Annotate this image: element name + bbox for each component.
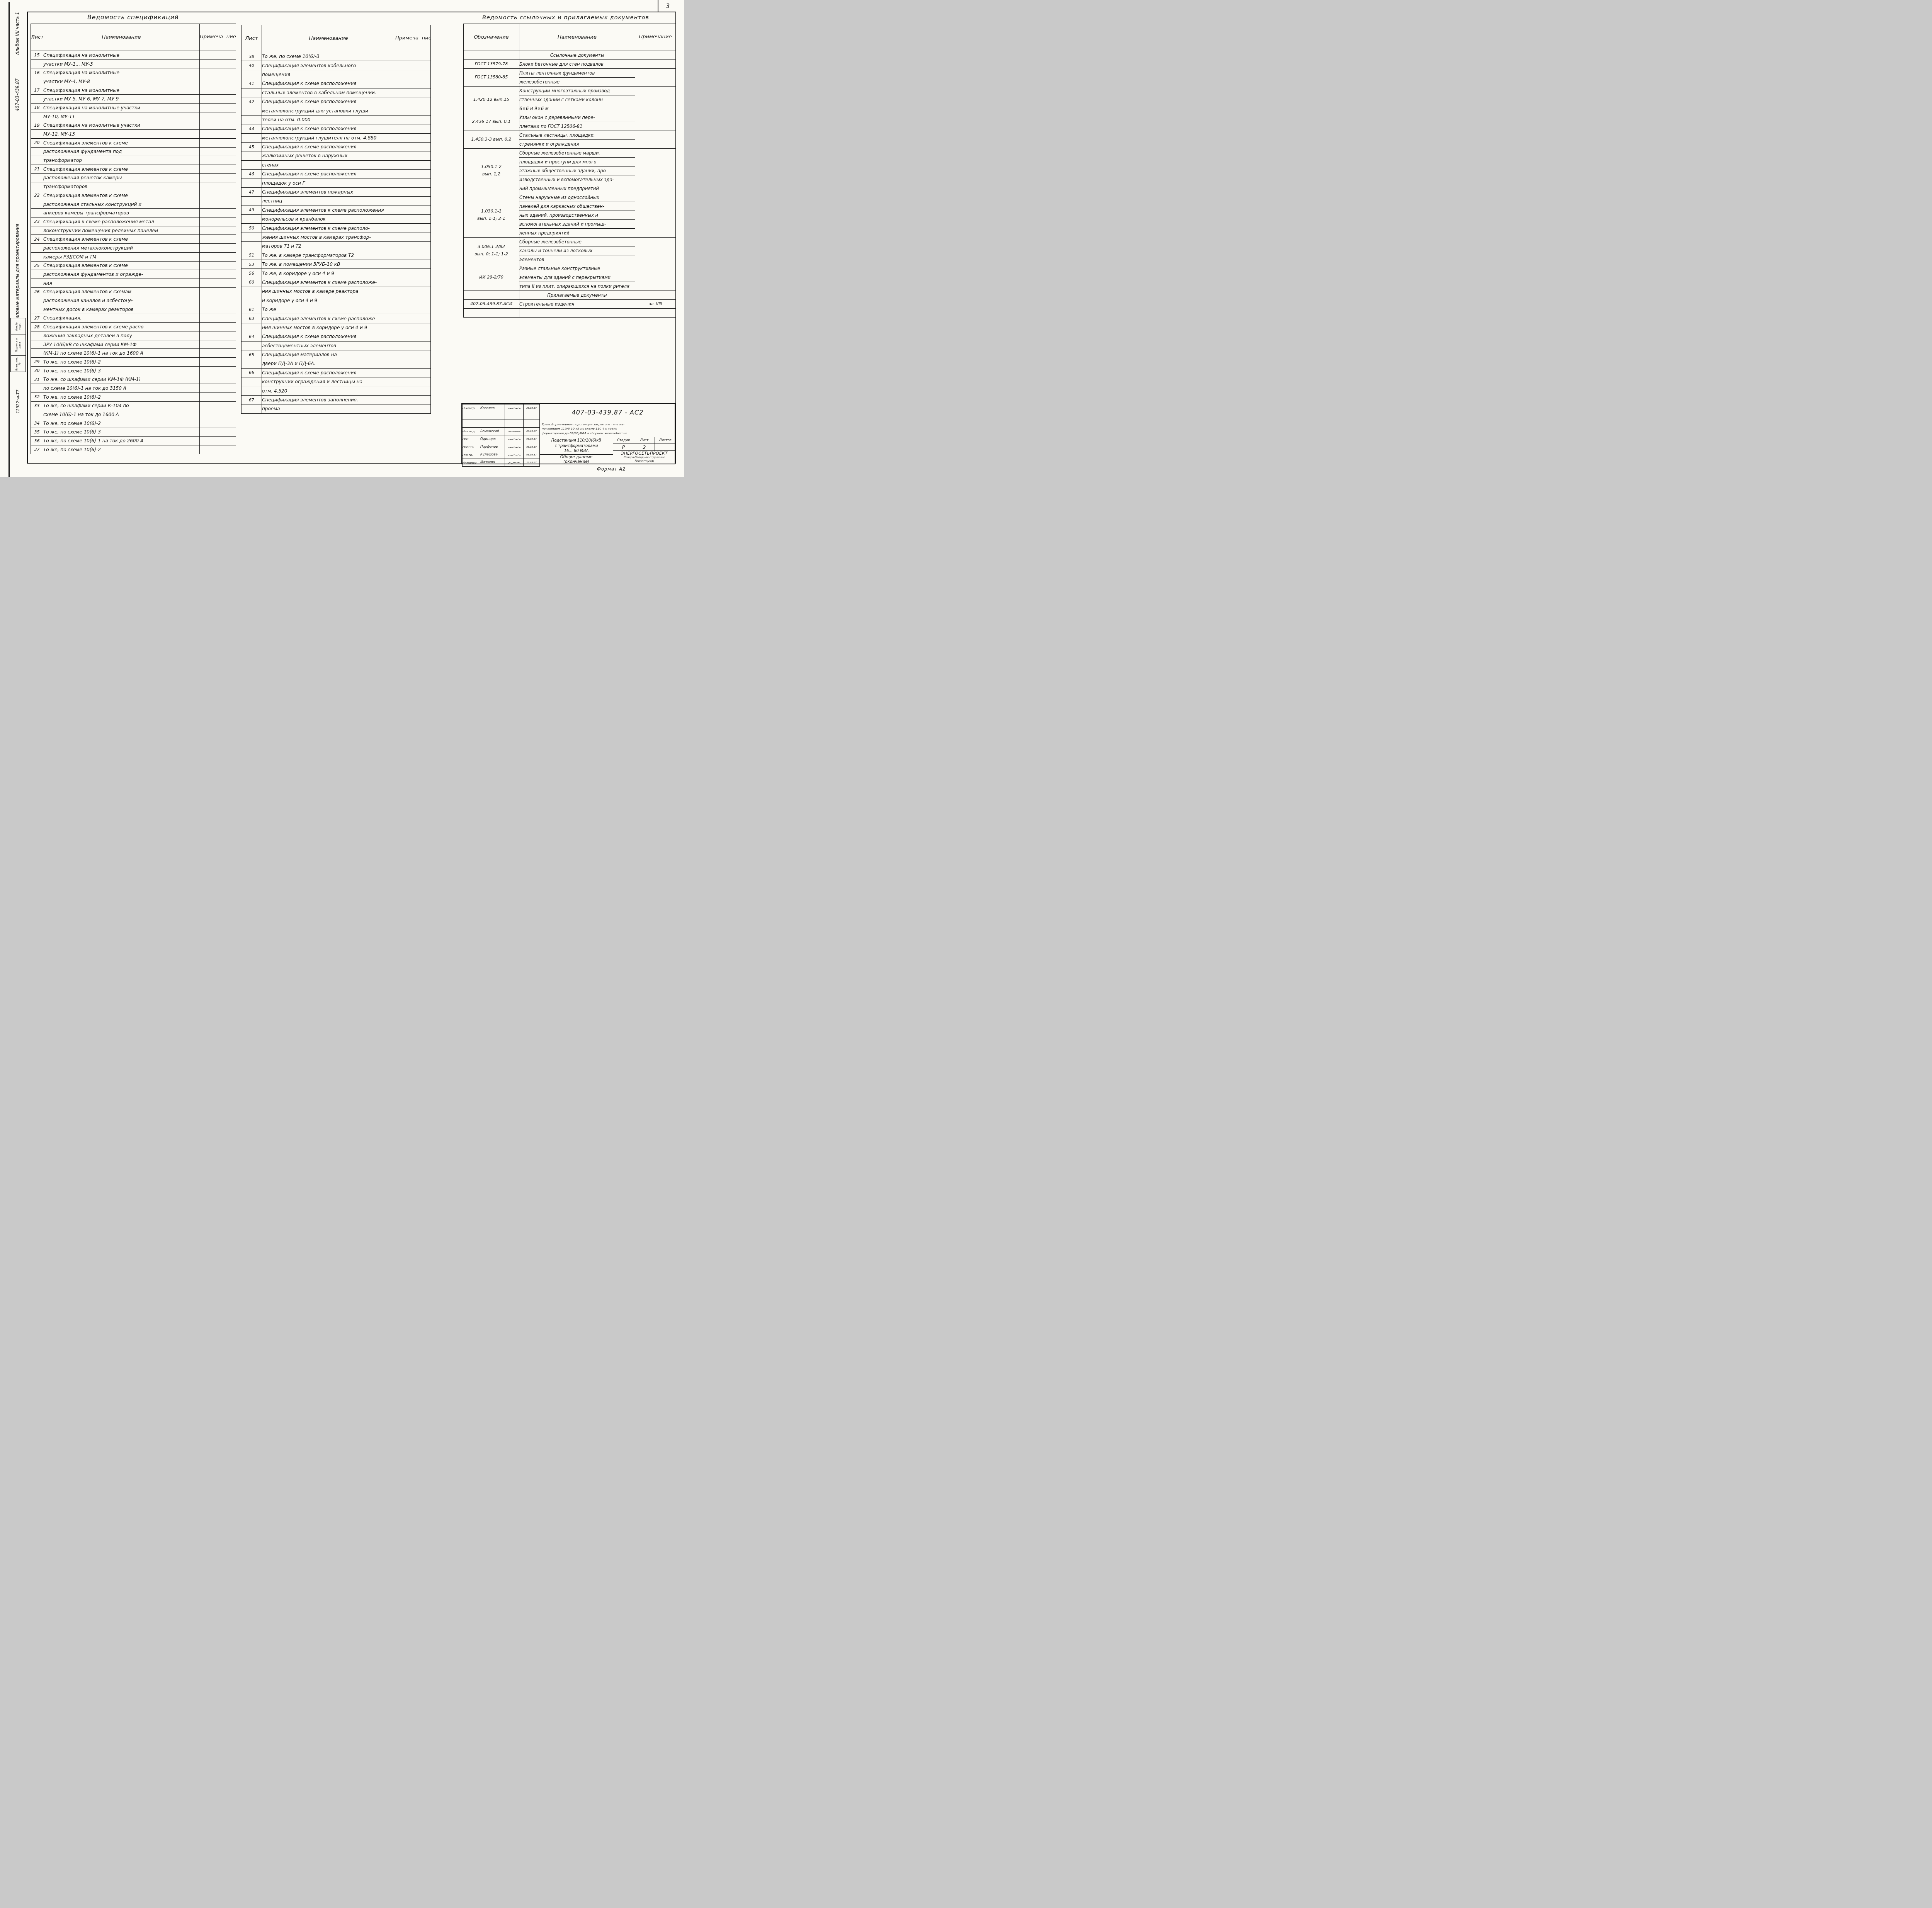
sheet-number: 22 xyxy=(31,191,43,200)
page-number-box: 3 xyxy=(658,0,677,12)
spec-row: 50Спецификация элементов к схеме располо… xyxy=(241,224,431,233)
spec-row: жалюзийных решеток в наружных xyxy=(241,151,431,160)
ref-row: ИИ 29-2/70Разные стальные конструктивные xyxy=(464,264,676,273)
spec-row: металлоконструкций для установки глуши- xyxy=(241,106,431,115)
spec-row: 19Спецификация на монолитные участки xyxy=(31,121,236,130)
spec-note xyxy=(395,350,431,359)
margin-series-label: Типовые материалы для проектирования xyxy=(15,224,20,321)
sheet-number xyxy=(241,242,262,251)
sheet-number xyxy=(31,384,43,393)
spec-name-line: Спецификация элементов кабельного xyxy=(262,61,395,70)
spec-name-line: монорельсов и кранбалок xyxy=(262,215,395,224)
sheet-number xyxy=(31,252,43,261)
spec-name-line: То же, в коридоре у оси 4 и 9 xyxy=(262,269,395,278)
sheet-number: 40 xyxy=(241,61,262,70)
sheet-number xyxy=(31,147,43,156)
ref-name-line: Разные стальные конструктивные xyxy=(519,264,635,273)
spec-note xyxy=(395,133,431,142)
ref-name-line: ний промышленных предприятий xyxy=(519,184,635,193)
spec-name-line: Спецификация элементов к схеме расположе xyxy=(262,314,395,323)
spec-name-line: по схеме 10(6)-1 на ток до 3150 А xyxy=(43,384,200,393)
spec-name-line: То же xyxy=(262,305,395,314)
ref-name-line: вспомогательных зданий и промыш- xyxy=(519,220,635,229)
spec-note xyxy=(395,215,431,224)
name-column-header: Наименование xyxy=(43,24,200,51)
spec-name-line: Спецификация к схеме расположения метал- xyxy=(43,217,200,226)
spec-row: расположения решеток камеры xyxy=(31,173,236,182)
spec-name-line: трансформатор xyxy=(43,156,200,165)
sheet-number xyxy=(31,410,43,419)
signature-name: Мазаева xyxy=(480,459,505,466)
sheet-number xyxy=(31,296,43,305)
signature-date xyxy=(524,412,540,420)
sheet-number: 16 xyxy=(31,68,43,77)
signature-cell xyxy=(505,443,524,451)
spec-row: 21Спецификация элементов к схеме xyxy=(31,165,236,173)
spec-name-line: Спецификация к схеме расположения xyxy=(262,170,395,178)
spec-name-line: расположения решеток камеры xyxy=(43,173,200,182)
spec-note xyxy=(200,121,236,130)
spec-name-line: расположения каналов и асбестоце- xyxy=(43,296,200,305)
spec-name-line: анкеров камеры трансформаторов xyxy=(43,209,200,217)
spec-row: асбестоцементных элементов xyxy=(241,341,431,350)
spec-name-line: То же, по схеме 10(6)-3 xyxy=(43,366,200,375)
ref-name-line: Стальные лестницы, площадки, xyxy=(519,131,635,140)
sheet-number: 46 xyxy=(241,170,262,178)
signature-scribble-icon xyxy=(508,406,521,410)
spec-row: анкеров камеры трансформаторов xyxy=(31,209,236,217)
ref-designation-line: 2.436-17 вып. 0,1 xyxy=(464,118,519,126)
spec-note xyxy=(395,97,431,106)
signature-name: Роменский xyxy=(480,428,505,435)
ref-name-line xyxy=(519,309,635,318)
spec-name-line: Спецификация к схеме расположения xyxy=(262,124,395,133)
sheet-number xyxy=(31,95,43,104)
spec-note xyxy=(200,226,236,235)
spec-name-line: ния xyxy=(43,279,200,287)
spec-name-line: Спецификация на монолитные участки xyxy=(43,104,200,112)
ref-name-line: площадки и проступи для много- xyxy=(519,158,635,167)
spec-note xyxy=(395,187,431,196)
spec-row: участки МУ-1... МУ-3 xyxy=(31,59,236,68)
ref-note: ал. VIII xyxy=(635,300,676,309)
margin-stamp-field: Инв.№ подл. xyxy=(11,318,26,335)
spec-row: 23Спецификация к схеме расположения мета… xyxy=(31,217,236,226)
ref-designation: 1.450,3-3 вып. 0,2 xyxy=(464,131,519,149)
spec-note xyxy=(395,178,431,187)
spec-note xyxy=(200,51,236,60)
sheet-number xyxy=(31,173,43,182)
ref-name-line: ных зданий, производственных и xyxy=(519,211,635,220)
title-block-signature-table: Н.контр.Ковалев26.03.87Нач.отдРоменский0… xyxy=(462,404,540,467)
spec-note xyxy=(200,147,236,156)
spec-row: 24Спецификация элементов к схеме xyxy=(31,235,236,244)
title-block-object: Подстанция 110/10(6)кВ с трансформаторам… xyxy=(539,437,613,455)
spec-row: жения шинных мостов в камерах трансфор- xyxy=(241,233,431,241)
spec-note xyxy=(395,142,431,151)
sheet-number: 44 xyxy=(241,124,262,133)
ref-name-line: элементы для зданий с перекрытиями xyxy=(519,273,635,282)
spec-note xyxy=(395,52,431,61)
spec-name-line: (КМ-1) по схеме 10(6)-1 на ток до 1600 А xyxy=(43,349,200,358)
spec-note xyxy=(200,59,236,68)
ref-designation-line: ГОСТ 13580-85 xyxy=(464,74,519,81)
spec-name-line: Спецификация элементов заполнения. xyxy=(262,395,395,404)
spec-name-line: То же, по схеме 10(6)-3 xyxy=(43,428,200,437)
spec-note xyxy=(200,165,236,173)
spec-row: 56То же, в коридоре у оси 4 и 9 xyxy=(241,269,431,278)
sheet-number: 19 xyxy=(31,121,43,130)
spec-row: 27Спецификация. xyxy=(31,314,236,323)
signature-name: Парфенов xyxy=(480,443,505,451)
spec-note xyxy=(395,124,431,133)
ref-row: 407-03-439.87-АСИСтроительные изделияал.… xyxy=(464,300,676,309)
ref-designation xyxy=(464,309,519,318)
spec-name-line: Спецификация элементов к схеме xyxy=(43,191,200,200)
page-number: 3 xyxy=(666,2,670,10)
spec-row: 26Спецификация элементов к схемам xyxy=(31,287,236,296)
spec-note xyxy=(395,260,431,268)
ref-designation: ГОСТ 13579-78 xyxy=(464,60,519,69)
spec-name-line: Спецификация к схеме расположения xyxy=(262,142,395,151)
spec-row: 18Спецификация на монолитные участки xyxy=(31,104,236,112)
ref-designation xyxy=(464,291,519,300)
spec-row: ния шинных мостов в коридоре у оси 4 и 9 xyxy=(241,323,431,332)
sheet-number xyxy=(31,59,43,68)
spec-name-line: Спецификация элементов к схеме располо- xyxy=(262,224,395,233)
description-line: Трансформаторная подстанция закрытого ти… xyxy=(542,422,673,426)
signature-scribble-icon xyxy=(508,461,521,465)
spec-note xyxy=(200,331,236,340)
spec-name-line: Спецификация к схеме расположения xyxy=(262,332,395,341)
ref-name-line: 6×6 и 9×6 м xyxy=(519,104,635,113)
spec-row: локонструкций помещения релейных панелей xyxy=(31,226,236,235)
drawing-sheet: 3 Альбом VII часть 1 407-03-439,87 Типов… xyxy=(0,0,684,477)
sheet-number: 45 xyxy=(241,142,262,151)
signature-date: 06.03.87 xyxy=(524,451,540,459)
spec-name-line: То же, со шкафами серии КМ-1Ф (КМ-1) xyxy=(43,375,200,384)
sheet-number: 15 xyxy=(31,51,43,60)
spec-name-line: Спецификация материалов на xyxy=(262,350,395,359)
spec-name-line: трансформаторов xyxy=(43,182,200,191)
spec-row: (КМ-1) по схеме 10(6)-1 на ток до 1600 А xyxy=(31,349,236,358)
spec-header-row: ЛистНаименованиеПримеча- ние xyxy=(241,25,431,52)
margin-album-label: Альбом VII часть 1 xyxy=(15,12,20,55)
sheet-number xyxy=(241,323,262,332)
ref-row: Ссылочные документы xyxy=(464,51,676,60)
spec-row: телей на отм. 0.000 xyxy=(241,115,431,124)
spec-note xyxy=(200,209,236,217)
spec-note xyxy=(395,106,431,115)
signature-cell xyxy=(505,451,524,459)
sheet-number xyxy=(31,156,43,165)
organization-name: ЭНЕРГОСЕТЬПРОЕКТ xyxy=(613,451,675,456)
ref-note xyxy=(635,60,676,69)
ref-row: 1.420-12 вып.15Конструкции многоэтажных … xyxy=(464,87,676,95)
signature-date: 26.03.87 xyxy=(524,404,540,412)
sheet-number xyxy=(31,209,43,217)
spec-name-line: Спецификация элементов к схеме xyxy=(43,138,200,147)
sheet-number: 24 xyxy=(31,235,43,244)
spec-name-line: Спецификация на монолитные участки xyxy=(43,121,200,130)
spec-row: 45Спецификация к схеме расположения xyxy=(241,142,431,151)
signature-scribble-icon xyxy=(508,453,521,457)
spec-note xyxy=(395,151,431,160)
sheet-column-header: Лист xyxy=(31,24,43,51)
margin-stamp: Взам. инв.№ Подпись и дата Инв.№ подл. xyxy=(10,318,26,372)
sheet-number xyxy=(241,404,262,413)
signature-row: Рук.гр.Кулешова06.03.87 xyxy=(463,451,540,459)
spec-row: стенах xyxy=(241,160,431,169)
ref-designation: 1.030.1-1вып. 1-1; 2-1 xyxy=(464,193,519,238)
spec-name-line: отм. 4.520 xyxy=(262,386,395,395)
signature-scribble-icon xyxy=(508,437,521,441)
spec-name-line: То же, по схеме 10(6)-2 xyxy=(43,419,200,428)
ref-note xyxy=(635,149,676,193)
spec-name-line: ния шинных мостов в камере реактора xyxy=(262,287,395,296)
ref-name-line: каналы и тоннели из лотковых xyxy=(519,246,635,255)
ref-designation: ИИ 29-2/70 xyxy=(464,264,519,291)
spec-row: металлоконструкций глушителя на отм. 4.8… xyxy=(241,133,431,142)
spec-note xyxy=(200,200,236,209)
spec-note xyxy=(200,68,236,77)
stage-value: Р xyxy=(613,443,634,451)
spec-note xyxy=(395,79,431,88)
spec-row: 67Спецификация элементов заполнения. xyxy=(241,395,431,404)
spec-row: площадок у оси Г xyxy=(241,178,431,187)
spec-note xyxy=(200,191,236,200)
spec-name-line: помещения xyxy=(262,70,395,79)
ref-name-line: плетами по ГОСТ 12506-81 xyxy=(519,122,635,131)
spec-row: МУ-10, МУ-11 xyxy=(31,112,236,121)
sheet-number: 42 xyxy=(241,97,262,106)
spec-note xyxy=(200,419,236,428)
ref-name-line: элементов xyxy=(519,255,635,264)
sheet-number xyxy=(241,386,262,395)
spec-note xyxy=(200,244,236,253)
sheet-number xyxy=(241,377,262,386)
ref-designation: ГОСТ 13580-85 xyxy=(464,69,519,87)
signature-role: ГИП xyxy=(463,435,480,443)
spec-row: 42Спецификация к схеме расположения xyxy=(241,97,431,106)
title-block-doc-number: 407-03-439,87 - АС2 xyxy=(539,404,675,421)
spec-note xyxy=(200,95,236,104)
spec-note xyxy=(395,269,431,278)
spec-row: 60Спецификация элементов к схеме располо… xyxy=(241,278,431,287)
ref-note xyxy=(635,291,676,300)
spec-name-line: Спецификация элементов к схемам xyxy=(43,287,200,296)
spec-note xyxy=(395,88,431,97)
signature-role xyxy=(463,420,480,428)
spec-row: двери ПД-3А и ПД-6А. xyxy=(241,359,431,368)
sheet-number xyxy=(241,151,262,160)
spec-name-line: двери ПД-3А и ПД-6А. xyxy=(262,359,395,368)
spec-row: МУ-12, МУ-13 xyxy=(31,130,236,139)
spec-name-line: лестниц xyxy=(262,197,395,206)
signature-role: ГИПстр. xyxy=(463,443,480,451)
spec-note xyxy=(395,323,431,332)
spec-note xyxy=(200,314,236,323)
spec-name-line: То же, по схеме 10(6)-3 xyxy=(262,52,395,61)
spec-note xyxy=(200,104,236,112)
ref-designation-line: 3.006.1-2/82 xyxy=(464,243,519,251)
title-block: Н.контр.Ковалев26.03.87Нач.отдРоменский0… xyxy=(461,403,675,464)
ref-note xyxy=(635,113,676,131)
sheet-number: 50 xyxy=(241,224,262,233)
spec-note xyxy=(395,296,431,305)
sheet-number xyxy=(31,130,43,139)
spec-name-line: металлоконструкций глушителя на отм. 4.8… xyxy=(262,133,395,142)
ref-name-line: ственных зданий с сетками колонн xyxy=(519,95,635,104)
spec-name-line: стальных элементов в кабельном помещении… xyxy=(262,88,395,97)
ref-designation-line: 1.050.1-2 xyxy=(464,163,519,171)
sheet-number: 67 xyxy=(241,395,262,404)
ref-section-header: Прилагаемые документы xyxy=(519,291,635,300)
signature-role: Н.контр. xyxy=(463,404,480,412)
spec-name-line: МУ-12, МУ-13 xyxy=(43,130,200,139)
spec-row: ментных досок в камерах реакторов xyxy=(31,305,236,314)
spec-note xyxy=(395,61,431,70)
sheet-number xyxy=(241,233,262,241)
spec-name-line: МУ-10, МУ-11 xyxy=(43,112,200,121)
spec-row: 66Спецификация к схеме расположения xyxy=(241,368,431,377)
spec-row: 63Спецификация элементов к схеме располо… xyxy=(241,314,431,323)
spec-note xyxy=(395,395,431,404)
sheet-number: 33 xyxy=(31,401,43,410)
signature-name xyxy=(480,412,505,420)
note-column-header: Примеча- ние xyxy=(200,24,236,51)
spec-row: ЗРУ 10(6)кВ со шкафами серии КМ-1Ф xyxy=(31,340,236,349)
sheet-number xyxy=(241,296,262,305)
title-block-doc-type: Общие данные (окончание) xyxy=(539,455,613,463)
spec-name-line: Спецификация на монолитные xyxy=(43,51,200,60)
ref-designation: 407-03-439.87-АСИ xyxy=(464,300,519,309)
signature-scribble-icon xyxy=(508,430,521,433)
sheet-number: 51 xyxy=(241,251,262,260)
doc-type-line: (окончание) xyxy=(540,460,613,464)
ref-note xyxy=(635,51,676,60)
title-block-stage-grid: СтадияЛистЛистовР2 xyxy=(613,437,675,451)
spec-note xyxy=(200,235,236,244)
ref-name-line: Конструкции многоэтажных производ- xyxy=(519,87,635,95)
spec-note xyxy=(200,173,236,182)
sheet-number: 18 xyxy=(31,104,43,112)
spec-name-line: локонструкций помещения релейных панелей xyxy=(43,226,200,235)
ref-row: 2.436-17 вып. 0,1Узлы окон с деревянными… xyxy=(464,113,676,122)
spec-row: 33То же, со шкафами серии К-104 по xyxy=(31,401,236,410)
spec-row: схеме 10(6)-1 на ток до 1600 А xyxy=(31,410,236,419)
spec-name-line: То же, по схеме 10(6)-2 xyxy=(43,445,200,454)
title-block-description: Трансформаторная подстанция закрытого ти… xyxy=(539,421,675,437)
ref-designation: 1.050.1-2вып. 1,2 xyxy=(464,149,519,193)
sheet-number: 38 xyxy=(241,52,262,61)
sheet-edge-line xyxy=(9,2,10,477)
ref-designation-line: 407-03-439.87-АСИ xyxy=(464,301,519,308)
signature-role: Нач.отд xyxy=(463,428,480,435)
spec-name-line: Спецификация элементов к схеме расположе… xyxy=(262,206,395,214)
spec-row: 31То же, со шкафами серии КМ-1Ф (КМ-1) xyxy=(31,375,236,384)
sheet-number: 26 xyxy=(31,287,43,296)
spec-name-line: Спецификация элементов к схеме распо- xyxy=(43,323,200,331)
spec-row: 51То же, в камере трансформаторов Т2 xyxy=(241,251,431,260)
spec-note xyxy=(395,278,431,287)
object-line: с трансформаторами xyxy=(540,443,613,449)
spec-note xyxy=(200,366,236,375)
ref-designation-line: 1.420-12 вып.15 xyxy=(464,96,519,104)
spec-name-line: То же, по схеме 10(6)-2 xyxy=(43,392,200,401)
spec-row: трансформатор xyxy=(31,156,236,165)
spec-row: 16Спецификация на монолитные xyxy=(31,68,236,77)
ref-designation: 2.436-17 вып. 0,1 xyxy=(464,113,519,131)
sheet-number xyxy=(31,279,43,287)
sheet-number: 63 xyxy=(241,314,262,323)
sheet-number: 29 xyxy=(31,358,43,367)
signature-date: 06.03.87 xyxy=(524,428,540,435)
sheet-number xyxy=(31,349,43,358)
spec-row: помещения xyxy=(241,70,431,79)
spec-name-line: телей на отм. 0.000 xyxy=(262,115,395,124)
sheet-number xyxy=(241,341,262,350)
sheet-number xyxy=(241,359,262,368)
signature-role: Рук.гр. xyxy=(463,451,480,459)
sheet-number: 35 xyxy=(31,428,43,437)
spec-note xyxy=(395,314,431,323)
sheet-number: 60 xyxy=(241,278,262,287)
spec-name-line: Спецификация элементов пожарных xyxy=(262,187,395,196)
sheet-number xyxy=(241,88,262,97)
spec-row: 61То же xyxy=(241,305,431,314)
sheet-number xyxy=(241,160,262,169)
spec-row: стальных элементов в кабельном помещении… xyxy=(241,88,431,97)
ref-name-line: изводственных и вспомогательных зда- xyxy=(519,175,635,184)
spec-note xyxy=(395,305,431,314)
sheet-number: 31 xyxy=(31,375,43,384)
signature-row: Н.контр.Ковалев26.03.87 xyxy=(463,404,540,412)
signature-name: Кулешова xyxy=(480,451,505,459)
spec-row: ложения закладных деталей в полу xyxy=(31,331,236,340)
signature-name xyxy=(480,420,505,428)
spec-row: расположения фундаментов и огражде- xyxy=(31,270,236,279)
spec-name-line: участки МУ-1... МУ-3 xyxy=(43,59,200,68)
ref-name-line: этажных общественных зданий, про- xyxy=(519,167,635,175)
spec-note xyxy=(395,242,431,251)
spec-row: расположения металлоконструкций xyxy=(31,244,236,253)
spec-note xyxy=(395,206,431,214)
spec-row: 64Спецификация к схеме расположения xyxy=(241,332,431,341)
ref-row: 3.006.1-2/82вып. 0; 1-1; 1-2Сборные желе… xyxy=(464,238,676,246)
spec-note xyxy=(200,270,236,279)
spec-row: 22Спецификация элементов к схеме xyxy=(31,191,236,200)
spec-name-line: расположения фундаментов и огражде- xyxy=(43,270,200,279)
ref-row: Прилагаемые документы xyxy=(464,291,676,300)
signature-cell xyxy=(505,412,524,420)
spec-name-line: стенах xyxy=(262,160,395,169)
spec-note xyxy=(395,377,431,386)
sheet-number: 34 xyxy=(31,419,43,428)
sheet-number: 25 xyxy=(31,261,43,270)
ref-docs-table: ОбозначениеНаименованиеПримечаниеСсылочн… xyxy=(463,24,676,318)
ref-designation-line: 1.030.1-1 xyxy=(464,208,519,215)
sheet-number xyxy=(31,244,43,253)
spec-name-line: ложения закладных деталей в полу xyxy=(43,331,200,340)
spec-row: по схеме 10(6)-1 на ток до 3150 А xyxy=(31,384,236,393)
spec-name-line: Спецификация элементов к схеме xyxy=(43,165,200,173)
ref-name-line: Узлы окон с деревянными пере- xyxy=(519,113,635,122)
spec-name-line: То же, в камере трансформаторов Т2 xyxy=(262,251,395,260)
spec-name-line: Спецификация на монолитные xyxy=(43,86,200,95)
signature-name: Одинцов xyxy=(480,435,505,443)
spec-name-line: жения шинных мостов в камерах трансфор- xyxy=(262,233,395,241)
